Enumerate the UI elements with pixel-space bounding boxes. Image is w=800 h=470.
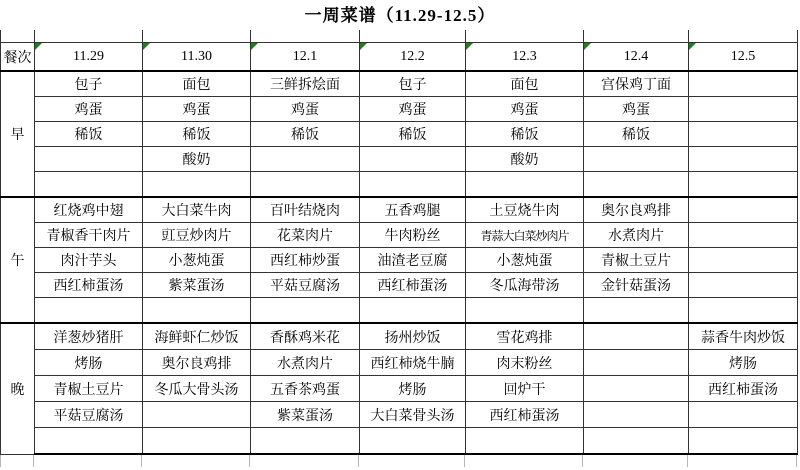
menu-cell: 青蒜大白菜炒肉片 [466, 223, 584, 248]
cell-flag-triangle-icon [251, 43, 258, 50]
menu-cell: 青椒香干肉片 [35, 223, 143, 248]
menu-cell: 鸡蛋 [466, 97, 584, 122]
menu-cell [689, 248, 798, 273]
corner-header: 餐次 [1, 43, 35, 72]
menu-cell: 紫菜蛋汤 [143, 273, 251, 298]
menu-cell: 牛肉粉丝 [360, 223, 466, 248]
menu-cell [584, 323, 689, 350]
meal-label-lunch: 午 [1, 197, 35, 323]
menu-cell: 稀饭 [143, 122, 251, 147]
cell-flag-triangle-icon [466, 43, 473, 50]
menu-cell [251, 147, 360, 172]
menu-cell: 奥尔良鸡排 [143, 350, 251, 376]
table-row: 青椒香干肉片 豇豆炒肉片 花菜肉片 牛肉粉丝 青蒜大白菜炒肉片 水煮肉片 [1, 223, 798, 248]
menu-cell: 酸奶 [466, 147, 584, 172]
menu-cell [143, 298, 251, 324]
menu-cell: 大白菜骨头汤 [360, 402, 466, 428]
menu-cell: 花菜肉片 [251, 223, 360, 248]
date-header: 12.5 [689, 43, 798, 72]
menu-cell: 西红柿炒蛋 [251, 248, 360, 273]
menu-cell: 雪花鸡排 [466, 323, 584, 350]
menu-cell [360, 428, 466, 455]
menu-cell [689, 122, 798, 147]
cell-flag-triangle-icon [360, 43, 367, 50]
cropped-next-row [0, 455, 800, 467]
menu-page: 一周菜谱（11.29-12.5） 餐次 11.29 11.30 12.1 12.… [0, 0, 800, 470]
date-header: 12.1 [251, 43, 360, 72]
menu-cell [35, 298, 143, 324]
ghost-cell [688, 455, 797, 467]
menu-cell: 平菇豆腐汤 [251, 273, 360, 298]
menu-cell: 回炉干 [466, 376, 584, 402]
menu-cell [584, 376, 689, 402]
menu-cell: 金针菇蛋汤 [584, 273, 689, 298]
menu-cell: 烤肠 [35, 350, 143, 376]
spacer-row [1, 30, 798, 43]
ghost-cell [34, 455, 142, 467]
page-title: 一周菜谱（11.29-12.5） [0, 0, 800, 30]
menu-cell [466, 428, 584, 455]
menu-cell: 水煮肉片 [584, 223, 689, 248]
table-row: 鸡蛋 鸡蛋 鸡蛋 鸡蛋 鸡蛋 鸡蛋 [1, 97, 798, 122]
menu-cell [689, 71, 798, 97]
menu-cell: 扬州炒饭 [360, 323, 466, 350]
header-row: 餐次 11.29 11.30 12.1 12.2 12.3 12.4 12.5 [1, 43, 798, 72]
menu-cell [35, 147, 143, 172]
menu-cell: 五香茶鸡蛋 [251, 376, 360, 402]
menu-cell: 油渣老豆腐 [360, 248, 466, 273]
menu-cell [689, 428, 798, 455]
menu-cell [143, 172, 251, 198]
menu-cell: 稀饭 [584, 122, 689, 147]
date-label: 12.4 [624, 49, 649, 64]
menu-cell [251, 298, 360, 324]
table-row: 稀饭 稀饭 稀饭 稀饭 稀饭 稀饭 [1, 122, 798, 147]
meal-label-breakfast: 早 [1, 71, 35, 197]
menu-cell: 五香鸡腿 [360, 197, 466, 223]
menu-cell [143, 428, 251, 455]
menu-cell: 水煮肉片 [251, 350, 360, 376]
table-row: 午 红烧鸡中翅 大白菜牛肉 百叶结烧肉 五香鸡腿 土豆烧牛肉 奥尔良鸡排 [1, 197, 798, 223]
menu-cell: 青椒土豆片 [35, 376, 143, 402]
menu-cell [251, 428, 360, 455]
menu-cell: 小葱炖蛋 [466, 248, 584, 273]
menu-table: 餐次 11.29 11.30 12.1 12.2 12.3 12.4 12.5 … [0, 30, 798, 455]
menu-cell: 豇豆炒肉片 [143, 223, 251, 248]
menu-cell: 蒜香牛肉炒饭 [689, 323, 798, 350]
date-header: 11.30 [143, 43, 251, 72]
spacer-cell [1, 30, 35, 43]
menu-cell [584, 402, 689, 428]
menu-cell: 小葱炖蛋 [143, 248, 251, 273]
spacer-cell [689, 30, 798, 43]
spacer-cell [35, 30, 143, 43]
menu-cell: 冬瓜海带汤 [466, 273, 584, 298]
menu-cell: 烤肠 [360, 376, 466, 402]
spacer-cell [584, 30, 689, 43]
menu-cell: 稀饭 [360, 122, 466, 147]
date-header: 11.29 [35, 43, 143, 72]
table-row: 西红柿蛋汤 紫菜蛋汤 平菇豆腐汤 西红柿蛋汤 冬瓜海带汤 金针菇蛋汤 [1, 273, 798, 298]
date-label: 11.30 [181, 49, 212, 64]
date-header: 12.4 [584, 43, 689, 72]
menu-cell [35, 428, 143, 455]
table-row: 酸奶 酸奶 [1, 147, 798, 172]
menu-cell: 西红柿蛋汤 [689, 376, 798, 402]
menu-cell: 西红柿蛋汤 [466, 402, 584, 428]
menu-cell [689, 97, 798, 122]
menu-cell: 稀饭 [35, 122, 143, 147]
date-label: 11.29 [73, 49, 104, 64]
menu-cell [689, 298, 798, 324]
menu-cell [689, 273, 798, 298]
table-row: 肉汁芋头 小葱炖蛋 西红柿炒蛋 油渣老豆腐 小葱炖蛋 青椒土豆片 [1, 248, 798, 273]
ghost-cell [250, 455, 359, 467]
table-row: 早 包子 面包 三鲜拆烩面 包子 面包 宫保鸡丁面 [1, 71, 798, 97]
table-row: 烤肠 奥尔良鸡排 水煮肉片 西红柿烧牛腩 肉末粉丝 烤肠 [1, 350, 798, 376]
menu-cell [466, 298, 584, 324]
menu-cell: 平菇豆腐汤 [35, 402, 143, 428]
date-header: 12.3 [466, 43, 584, 72]
spacer-cell [143, 30, 251, 43]
menu-cell: 香酥鸡米花 [251, 323, 360, 350]
menu-cell [466, 172, 584, 198]
spacer-cell [360, 30, 466, 43]
menu-cell [689, 197, 798, 223]
meal-label-dinner: 晚 [1, 323, 35, 454]
menu-cell: 奥尔良鸡排 [584, 197, 689, 223]
ghost-cell [465, 455, 583, 467]
menu-cell: 肉末粉丝 [466, 350, 584, 376]
menu-cell: 鸡蛋 [143, 97, 251, 122]
table-row: 青椒土豆片 冬瓜大骨头汤 五香茶鸡蛋 烤肠 回炉干 西红柿蛋汤 [1, 376, 798, 402]
date-label: 12.5 [731, 49, 756, 64]
date-label: 12.1 [293, 49, 318, 64]
cell-flag-triangle-icon [143, 43, 150, 50]
menu-cell: 稀饭 [466, 122, 584, 147]
menu-cell [584, 428, 689, 455]
menu-cell [35, 172, 143, 198]
menu-cell: 肉汁芋头 [35, 248, 143, 273]
date-header: 12.2 [360, 43, 466, 72]
menu-cell: 西红柿蛋汤 [35, 273, 143, 298]
menu-cell [689, 147, 798, 172]
menu-cell: 西红柿烧牛腩 [360, 350, 466, 376]
date-label: 12.3 [512, 49, 537, 64]
menu-cell: 西红柿蛋汤 [360, 273, 466, 298]
menu-cell: 包子 [35, 71, 143, 97]
menu-cell: 洋葱炒猪肝 [35, 323, 143, 350]
menu-cell: 海鲜虾仁炒饭 [143, 323, 251, 350]
ghost-cell [359, 455, 465, 467]
ghost-cell [0, 455, 34, 467]
menu-cell: 鸡蛋 [584, 97, 689, 122]
cell-flag-triangle-icon [35, 43, 42, 50]
menu-cell: 鸡蛋 [360, 97, 466, 122]
menu-cell: 烤肠 [689, 350, 798, 376]
cell-flag-triangle-icon [689, 43, 696, 50]
table-row [1, 172, 798, 198]
menu-cell: 面包 [143, 71, 251, 97]
spacer-cell [466, 30, 584, 43]
menu-cell: 大白菜牛肉 [143, 197, 251, 223]
table-row: 晚 洋葱炒猪肝 海鲜虾仁炒饭 香酥鸡米花 扬州炒饭 雪花鸡排 蒜香牛肉炒饭 [1, 323, 798, 350]
date-label: 12.2 [400, 49, 425, 64]
menu-cell: 鸡蛋 [251, 97, 360, 122]
menu-cell: 紫菜蛋汤 [251, 402, 360, 428]
table-row [1, 428, 798, 455]
menu-cell: 酸奶 [143, 147, 251, 172]
menu-cell: 百叶结烧肉 [251, 197, 360, 223]
menu-cell: 面包 [466, 71, 584, 97]
menu-cell: 稀饭 [251, 122, 360, 147]
cell-flag-triangle-icon [584, 43, 591, 50]
menu-cell [689, 223, 798, 248]
menu-cell: 冬瓜大骨头汤 [143, 376, 251, 402]
menu-cell: 红烧鸡中翅 [35, 197, 143, 223]
menu-cell [689, 172, 798, 198]
menu-cell: 青椒土豆片 [584, 248, 689, 273]
menu-cell [584, 298, 689, 324]
menu-cell [584, 172, 689, 198]
spacer-cell [251, 30, 360, 43]
ghost-cell [142, 455, 250, 467]
menu-cell: 土豆烧牛肉 [466, 197, 584, 223]
menu-cell [143, 402, 251, 428]
table-row: 平菇豆腐汤 紫菜蛋汤 大白菜骨头汤 西红柿蛋汤 [1, 402, 798, 428]
menu-cell: 包子 [360, 71, 466, 97]
menu-cell [584, 147, 689, 172]
table-row [1, 298, 798, 324]
menu-cell [360, 147, 466, 172]
menu-cell: 三鲜拆烩面 [251, 71, 360, 97]
menu-cell [360, 298, 466, 324]
menu-cell: 鸡蛋 [35, 97, 143, 122]
menu-cell [584, 350, 689, 376]
ghost-cell [583, 455, 688, 467]
menu-cell: 宫保鸡丁面 [584, 71, 689, 97]
menu-cell [251, 172, 360, 198]
menu-cell [360, 172, 466, 198]
menu-cell [689, 402, 798, 428]
